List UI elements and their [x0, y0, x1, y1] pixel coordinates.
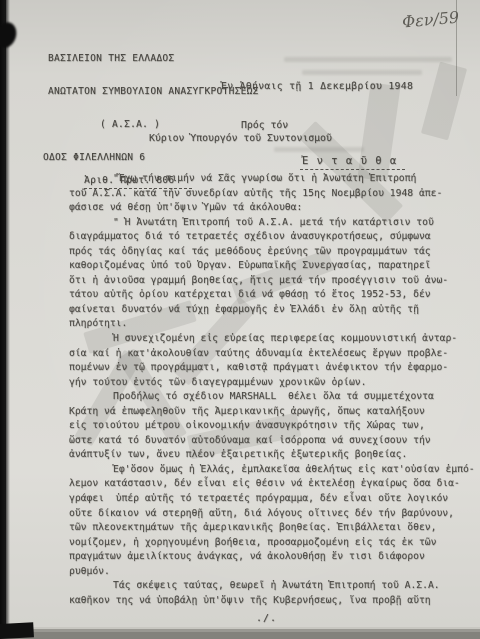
paragraph: Προδήλως τό σχέδιον MARSHALL θέλει ὅλα τ… [69, 390, 469, 463]
body-line: πομένων ἐν τῷ προγράμματι, καθιστᾷ πράγμ… [69, 361, 469, 376]
recipient-salutation: Πρός τόν [241, 120, 288, 131]
body-line: Προδήλως τό σχέδιον MARSHALL θέλει ὅλα τ… [69, 390, 469, 405]
body-line: γράφει ὑπέρ αὐτῆς τό τετραετές πρόγραμμα… [69, 492, 469, 507]
continuation-mark: ./. [256, 613, 277, 624]
body-line: ὥστε κατά τό δυνατόν αὐτοδύναμα καί ἰσόρ… [69, 434, 469, 449]
body-line: διαγράμματος διά τό τετραετές σχέδιον ἀν… [69, 230, 469, 245]
scan-edge-bottom [0, 627, 480, 639]
body-line: πληρότητι. [69, 317, 469, 332]
letter-body: "Ἔχω τήν τιμήν νά Σᾶς γνωρίσω ὅτι ἡ Ἀνωτ… [69, 172, 469, 608]
paragraph: " Ἡ Ἀνωτάτη Ἐπιτροπή τοῦ Α.Σ.Α. μετά τήν… [69, 216, 469, 332]
handwritten-annotation: Φεν/59 [401, 8, 460, 32]
body-line: σία καί ἡ κατ'ἀκολουθίαν ταύτης ἀδυναμία… [69, 347, 469, 362]
ghost-ink-line [284, 57, 452, 62]
ghost-ink-line [302, 70, 422, 75]
scanned-letter-page: Φεν/59 ΒΑΣΙΛΕΙΟΝ ΤΗΣ ΕΛΛΑΔΟΣ ΑΝΩΤΑΤΟΝ ΣΥ… [0, 0, 480, 639]
body-line: γήν τούτου ἐντός τῶν διαγεγραμμένων χρον… [69, 376, 469, 391]
body-line: Τάς σκέψεις ταύτας, θεωρεῖ ἡ Ἀνωτάτη Ἐπι… [69, 579, 469, 594]
body-line: φάσισε νά θέσῃ ὑπ'ὄψιν Ὑμῶν τά ἀκόλουθα: [69, 201, 469, 216]
body-line: τοῦ Α.Σ.Α. κατά τήν συνεδρίαν αὐτῆς τῆς … [69, 187, 469, 202]
ghost-ink-line [274, 147, 364, 152]
paper-crease [456, 0, 457, 96]
body-line: τάτου αὐτῆς ὁρίου κατέρχεται διά νά φθάσ… [69, 288, 469, 303]
letterhead-abbreviation: ( Α.Σ.Α. ) [48, 119, 259, 130]
body-line: εἰς τοιούτου μέτρου οἰκονομικήν ἀνασυγκρ… [69, 419, 469, 434]
scan-edge-left [0, 0, 10, 632]
body-line: οὔτε δίκαιον νά στερηθῇ αὕτη, διά λόγους… [69, 507, 469, 522]
letterhead-country: ΒΑΣΙΛΕΙΟΝ ΤΗΣ ΕΛΛΑΔΟΣ [48, 53, 259, 64]
body-line: ὅτι ἡ ἀνιοῦσα γραμμή βοηθείας, ἥτις μετά… [69, 274, 469, 289]
body-line: νομίζομεν, ἡ χορηγουμένη βοήθεια, προσαρ… [69, 536, 469, 551]
letterhead-address: ΟΔΟΣ ΦΙΛΕΛΛΗΝΩΝ 6 [43, 152, 259, 163]
recipient-location: Ἐ ν τ α ῦ θ α [300, 155, 405, 170]
body-line: " Ἡ Ἀνωτάτη Ἐπιτροπή τοῦ Α.Σ.Α. μετά τήν… [69, 216, 469, 231]
date-line: Ἐν Ἀθήναις τῇ 1 Δεκεμβρίου 1948 [221, 81, 413, 92]
body-line: πρός τάς ὁδηγίας καί τάς μεθόδους ἐρεύνη… [69, 245, 469, 260]
body-line: Ἡ συνεχιζομένη εἰς εὐρείας περιφερείας κ… [69, 332, 469, 347]
scan-edge-bottom-corner [0, 622, 34, 639]
body-line: καθοριζομένας ὑπό τοῦ Ὀργαν. Εὐρωπαϊκῆς … [69, 259, 469, 274]
paragraph: "Ἔχω τήν τιμήν νά Σᾶς γνωρίσω ὅτι ἡ Ἀνωτ… [69, 172, 469, 216]
body-line: λεμον κατάστασιν, δέν εἶναι εἰς θέσιν νά… [69, 477, 469, 492]
body-line: καθῆκον της νά ὑποβάλῃ ὑπ'ὄψιν τῆς Κυβερ… [69, 594, 469, 609]
body-line: ρυθμόν. [69, 565, 469, 580]
paragraph: Ἐφ'ὅσον ὅμως ἡ Ἑλλάς, ἐμπλακεῖσα ἀθελήτω… [69, 463, 469, 579]
paragraph: Τάς σκέψεις ταύτας, θεωρεῖ ἡ Ἀνωτάτη Ἐπι… [69, 579, 469, 608]
paper-sheet: Φεν/59 ΒΑΣΙΛΕΙΟΝ ΤΗΣ ΕΛΛΑΔΟΣ ΑΝΩΤΑΤΟΝ ΣΥ… [6, 0, 480, 628]
recipient-title: Κύριον Ὑπουργόν τοῦ Συντονισμοῦ [149, 133, 332, 144]
body-line: Ἐφ'ὅσον ὅμως ἡ Ἑλλάς, ἐμπλακεῖσα ἀθελήτω… [69, 463, 469, 478]
body-line: Κράτη νά ἐπωφεληθοῦν τῆς Ἀμερικανικῆς ἀρ… [69, 405, 469, 420]
body-line: φαίνεται δυνατόν νά τύχῃ ἐφαρμογῆς ἐν Ἑλ… [69, 303, 469, 318]
body-line: ἀνάπτυξίν των, ἄνευ πλέον ἐξαιρετικῆς ἐξ… [69, 448, 469, 463]
body-line: τῶν πλεονεκτημάτων τῆς ἀμερικανικῆς βοηθ… [69, 521, 469, 536]
watermark-stroke [421, 62, 467, 141]
paragraph: Ἡ συνεχιζομένη εἰς εὐρείας περιφερείας κ… [69, 332, 469, 390]
body-line: πραγμάτων ἀμειλίκτους ἀνάγκας, νά ἀκολου… [69, 550, 469, 565]
body-line: "Ἔχω τήν τιμήν νά Σᾶς γνωρίσω ὅτι ἡ Ἀνωτ… [69, 172, 469, 187]
